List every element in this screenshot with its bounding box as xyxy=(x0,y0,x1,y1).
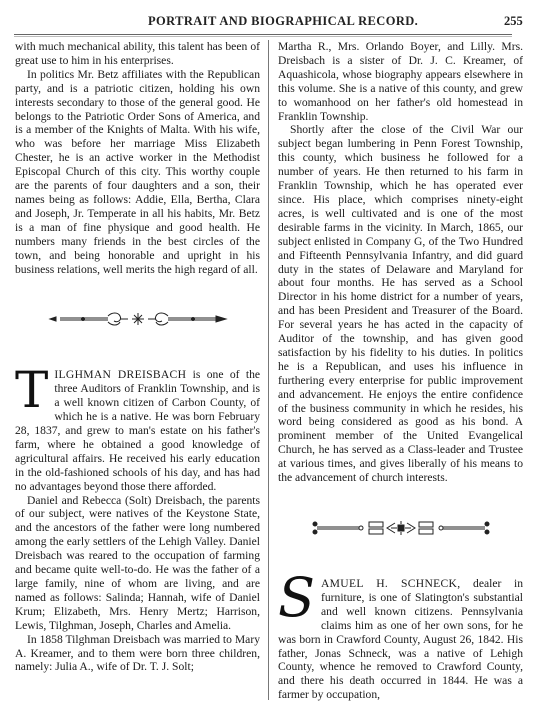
header-rule xyxy=(14,34,512,35)
scroll-divider-ornament-icon xyxy=(48,312,228,326)
paragraph: Shortly after the close of the Civil War… xyxy=(278,123,523,485)
geometric-divider-ornament-icon xyxy=(311,520,491,536)
paragraph: SAMUEL H. SCHNECK, dealer in furniture, … xyxy=(278,577,523,701)
subject-name: ILGHMAN DREISBACH xyxy=(54,368,186,381)
column-divider xyxy=(268,40,269,700)
page-number: 255 xyxy=(504,14,523,29)
geometric-divider-ornament-icon xyxy=(278,509,523,547)
paragraph: Daniel and Rebecca (Solt) Dreisbach, the… xyxy=(15,494,260,633)
right-column: Martha R., Mrs. Orlando Boyer, and Lilly… xyxy=(278,40,523,701)
drop-cap: T xyxy=(15,370,48,412)
paragraph: with much mechanical ability, this talen… xyxy=(15,40,260,68)
header-rule-secondary xyxy=(14,36,512,37)
biography-samuel-schneck: SAMUEL H. SCHNECK, dealer in furniture, … xyxy=(278,577,523,701)
paragraph-text: is one of the three Auditors of Franklin… xyxy=(15,368,260,492)
spacer xyxy=(15,338,260,368)
left-column: with much mechanical ability, this talen… xyxy=(15,40,260,674)
drop-cap: S xyxy=(278,577,315,619)
spacer xyxy=(278,485,523,509)
biography-tilghman-dreisbach: TILGHMAN DREISBACH is one of the three A… xyxy=(15,368,260,493)
paragraph: TILGHMAN DREISBACH is one of the three A… xyxy=(15,368,260,493)
running-title: PORTRAIT AND BIOGRAPHICAL RECORD. xyxy=(148,14,418,29)
subject-name: AMUEL H. SCHNECK, xyxy=(321,577,460,590)
page-header: PORTRAIT AND BIOGRAPHICAL RECORD. 255 xyxy=(0,14,539,34)
paragraph: In 1858 Tilghman Dreisbach was married t… xyxy=(15,633,260,675)
paragraph: Martha R., Mrs. Orlando Boyer, and Lilly… xyxy=(278,40,523,123)
spacer xyxy=(15,276,260,300)
scroll-divider-ornament-icon xyxy=(15,300,260,338)
paragraph: In politics Mr. Betz affiliates with the… xyxy=(15,68,260,277)
